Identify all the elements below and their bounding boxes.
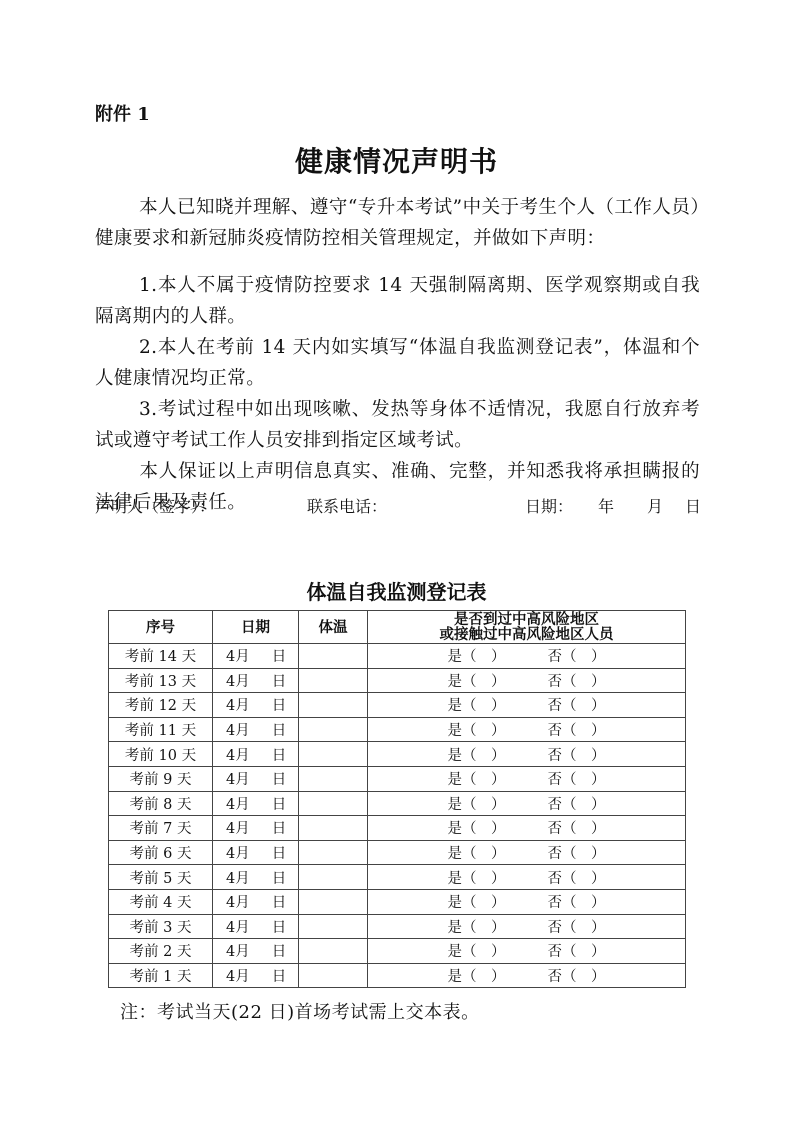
yes-option[interactable]: 是（ ） xyxy=(448,793,506,814)
no-option[interactable]: 否（ ） xyxy=(548,645,606,666)
table-row: 考前 12 天4月日是（ ）否（ ） xyxy=(109,693,686,718)
table-row: 考前 3 天4月日是（ ）否（ ） xyxy=(109,914,686,939)
date-cell[interactable]: 4月日 xyxy=(213,816,299,841)
intro-paragraph: 本人已知晓并理解、遵守“专升本考试”中关于考生个人（工作人员）健康要求和新冠肺炎… xyxy=(95,192,700,254)
table-row: 考前 9 天4月日是（ ）否（ ） xyxy=(109,766,686,791)
seq-cell: 考前 12 天 xyxy=(109,693,213,718)
date-cell[interactable]: 4月日 xyxy=(213,963,299,988)
day-text: 日 xyxy=(272,670,287,691)
month-text: 4月 xyxy=(226,723,250,739)
month-label: 月 xyxy=(647,494,663,517)
temperature-cell[interactable] xyxy=(299,865,368,890)
table-row: 考前 10 天4月日是（ ）否（ ） xyxy=(109,742,686,767)
no-option[interactable]: 否（ ） xyxy=(548,719,606,740)
paragraph-text: 2.本人在考前 14 天内如实填写“体温自我监测登记表”，体温和个人健康情况均正… xyxy=(95,337,700,389)
day-label: 日 xyxy=(685,494,701,517)
day-text: 日 xyxy=(272,891,287,912)
yes-option[interactable]: 是（ ） xyxy=(448,645,506,666)
day-text: 日 xyxy=(272,842,287,863)
month-text: 4月 xyxy=(226,674,250,690)
month-text: 4月 xyxy=(226,772,250,788)
month-text: 4月 xyxy=(226,698,250,714)
temperature-cell[interactable] xyxy=(299,963,368,988)
register-table-title: 体温自我监测登记表 xyxy=(0,576,793,605)
no-option[interactable]: 否（ ） xyxy=(548,744,606,765)
month-text: 4月 xyxy=(226,920,250,936)
risk-area-cell: 是（ ）否（ ） xyxy=(368,816,686,841)
table-row: 考前 11 天4月日是（ ）否（ ） xyxy=(109,717,686,742)
phone-label: 联系电话： xyxy=(307,494,387,517)
month-text: 4月 xyxy=(226,969,250,985)
no-option[interactable]: 否（ ） xyxy=(548,670,606,691)
risk-area-cell: 是（ ）否（ ） xyxy=(368,963,686,988)
date-cell[interactable]: 4月日 xyxy=(213,914,299,939)
paragraph-text: 1.本人不属于疫情防控要求 14 天强制隔离期、医学观察期或自我隔离期内的人群。 xyxy=(95,275,700,327)
paragraph-text: 3.考试过程中如出现咳嗽、发热等身体不适情况，我愿自行放弃考试或遵守考试工作人员… xyxy=(95,399,700,451)
table-row: 考前 8 天4月日是（ ）否（ ） xyxy=(109,791,686,816)
declaration-item-2: 2.本人在考前 14 天内如实填写“体温自我监测登记表”，体温和个人健康情况均正… xyxy=(95,332,700,394)
declaration-item-1: 1.本人不属于疫情防控要求 14 天强制隔离期、医学观察期或自我隔离期内的人群。 xyxy=(95,270,700,332)
table-note: 注：考试当天(22 日)首场考试需上交本表。 xyxy=(120,998,480,1024)
table-row: 考前 6 天4月日是（ ）否（ ） xyxy=(109,840,686,865)
date-cell[interactable]: 4月日 xyxy=(213,668,299,693)
day-text: 日 xyxy=(272,867,287,888)
yes-option[interactable]: 是（ ） xyxy=(448,891,506,912)
table-row: 考前 4 天4月日是（ ）否（ ） xyxy=(109,889,686,914)
seq-cell: 考前 3 天 xyxy=(109,914,213,939)
seq-cell: 考前 7 天 xyxy=(109,816,213,841)
date-cell[interactable]: 4月日 xyxy=(213,766,299,791)
seq-cell: 考前 14 天 xyxy=(109,644,213,669)
day-text: 日 xyxy=(272,916,287,937)
yes-option[interactable]: 是（ ） xyxy=(448,719,506,740)
temperature-cell[interactable] xyxy=(299,889,368,914)
day-text: 日 xyxy=(272,817,287,838)
seq-cell: 考前 11 天 xyxy=(109,717,213,742)
date-cell[interactable]: 4月日 xyxy=(213,889,299,914)
date-cell[interactable]: 4月日 xyxy=(213,791,299,816)
header-risk-line2: 或接触过中高风险地区人员 xyxy=(368,627,685,642)
temperature-cell[interactable] xyxy=(299,816,368,841)
temperature-cell[interactable] xyxy=(299,644,368,669)
day-text: 日 xyxy=(272,719,287,740)
month-text: 4月 xyxy=(226,944,250,960)
risk-area-cell: 是（ ）否（ ） xyxy=(368,865,686,890)
seq-cell: 考前 6 天 xyxy=(109,840,213,865)
risk-area-cell: 是（ ）否（ ） xyxy=(368,791,686,816)
yes-option[interactable]: 是（ ） xyxy=(448,867,506,888)
date-cell[interactable]: 4月日 xyxy=(213,717,299,742)
date-cell[interactable]: 4月日 xyxy=(213,742,299,767)
temperature-cell[interactable] xyxy=(299,939,368,964)
date-cell[interactable]: 4月日 xyxy=(213,840,299,865)
yes-option[interactable]: 是（ ） xyxy=(448,965,506,986)
risk-area-cell: 是（ ）否（ ） xyxy=(368,840,686,865)
paragraph-text: 本人已知晓并理解、遵守“专升本考试”中关于考生个人（工作人员）健康要求和新冠肺炎… xyxy=(95,197,700,249)
date-cell[interactable]: 4月日 xyxy=(213,693,299,718)
table-row: 考前 1 天4月日是（ ）否（ ） xyxy=(109,963,686,988)
no-option[interactable]: 否（ ） xyxy=(548,867,606,888)
yes-option[interactable]: 是（ ） xyxy=(448,744,506,765)
risk-area-cell: 是（ ）否（ ） xyxy=(368,717,686,742)
table-row: 考前 14 天4月日是（ ）否（ ） xyxy=(109,644,686,669)
day-text: 日 xyxy=(272,768,287,789)
temperature-cell[interactable] xyxy=(299,693,368,718)
no-option[interactable]: 否（ ） xyxy=(548,793,606,814)
header-risk-area: 是否到过中高风险地区 或接触过中高风险地区人员 xyxy=(368,611,686,644)
risk-area-cell: 是（ ）否（ ） xyxy=(368,889,686,914)
header-date: 日期 xyxy=(213,611,299,644)
yes-option[interactable]: 是（ ） xyxy=(448,768,506,789)
table-row: 考前 2 天4月日是（ ）否（ ） xyxy=(109,939,686,964)
temperature-cell[interactable] xyxy=(299,742,368,767)
header-temperature: 体温 xyxy=(299,611,368,644)
risk-area-cell: 是（ ）否（ ） xyxy=(368,668,686,693)
month-text: 4月 xyxy=(226,748,250,764)
no-option[interactable]: 否（ ） xyxy=(548,694,606,715)
declarant-signature-label: 声明人（签字）： xyxy=(95,494,215,517)
table-header-row: 序号 日期 体温 是否到过中高风险地区 或接触过中高风险地区人员 xyxy=(109,611,686,644)
yes-option[interactable]: 是（ ） xyxy=(448,817,506,838)
no-option[interactable]: 否（ ） xyxy=(548,940,606,961)
risk-area-cell: 是（ ）否（ ） xyxy=(368,644,686,669)
day-text: 日 xyxy=(272,694,287,715)
month-text: 4月 xyxy=(226,871,250,887)
day-text: 日 xyxy=(272,744,287,765)
seq-cell: 考前 10 天 xyxy=(109,742,213,767)
signature-line: 声明人（签字）： 联系电话： 日期： 年 月 日 xyxy=(95,494,700,520)
no-option[interactable]: 否（ ） xyxy=(548,842,606,863)
temperature-cell[interactable] xyxy=(299,791,368,816)
yes-option[interactable]: 是（ ） xyxy=(448,940,506,961)
risk-area-cell: 是（ ）否（ ） xyxy=(368,742,686,767)
risk-area-cell: 是（ ）否（ ） xyxy=(368,766,686,791)
temperature-cell[interactable] xyxy=(299,717,368,742)
table-row: 考前 13 天4月日是（ ）否（ ） xyxy=(109,668,686,693)
seq-cell: 考前 4 天 xyxy=(109,889,213,914)
risk-area-cell: 是（ ）否（ ） xyxy=(368,939,686,964)
seq-cell: 考前 8 天 xyxy=(109,791,213,816)
header-seq: 序号 xyxy=(109,611,213,644)
day-text: 日 xyxy=(272,940,287,961)
no-option[interactable]: 否（ ） xyxy=(548,965,606,986)
seq-cell: 考前 9 天 xyxy=(109,766,213,791)
date-cell[interactable]: 4月日 xyxy=(213,644,299,669)
month-text: 4月 xyxy=(226,846,250,862)
temperature-cell[interactable] xyxy=(299,766,368,791)
day-text: 日 xyxy=(272,965,287,986)
document-title: 健康情况声明书 xyxy=(0,140,793,180)
month-text: 4月 xyxy=(226,895,250,911)
table-row: 考前 7 天4月日是（ ）否（ ） xyxy=(109,816,686,841)
seq-cell: 考前 5 天 xyxy=(109,865,213,890)
date-cell[interactable]: 4月日 xyxy=(213,865,299,890)
attachment-label: 附件 1 xyxy=(95,100,150,126)
temperature-register-table: 序号 日期 体温 是否到过中高风险地区 或接触过中高风险地区人员 考前 14 天… xyxy=(108,610,686,988)
seq-cell: 考前 1 天 xyxy=(109,963,213,988)
declaration-item-3: 3.考试过程中如出现咳嗽、发热等身体不适情况，我愿自行放弃考试或遵守考试工作人员… xyxy=(95,394,700,456)
yes-option[interactable]: 是（ ） xyxy=(448,842,506,863)
date-label: 日期： xyxy=(525,494,573,517)
risk-area-cell: 是（ ）否（ ） xyxy=(368,914,686,939)
day-text: 日 xyxy=(272,645,287,666)
header-risk-line1: 是否到过中高风险地区 xyxy=(368,612,685,627)
no-option[interactable]: 否（ ） xyxy=(548,891,606,912)
temperature-cell[interactable] xyxy=(299,914,368,939)
yes-option[interactable]: 是（ ） xyxy=(448,670,506,691)
no-option[interactable]: 否（ ） xyxy=(548,817,606,838)
seq-cell: 考前 2 天 xyxy=(109,939,213,964)
year-label: 年 xyxy=(598,494,614,517)
table-row: 考前 5 天4月日是（ ）否（ ） xyxy=(109,865,686,890)
yes-option[interactable]: 是（ ） xyxy=(448,916,506,937)
risk-area-cell: 是（ ）否（ ） xyxy=(368,693,686,718)
month-text: 4月 xyxy=(226,649,250,665)
month-text: 4月 xyxy=(226,821,250,837)
no-option[interactable]: 否（ ） xyxy=(548,768,606,789)
date-cell[interactable]: 4月日 xyxy=(213,939,299,964)
day-text: 日 xyxy=(272,793,287,814)
temperature-cell[interactable] xyxy=(299,668,368,693)
seq-cell: 考前 13 天 xyxy=(109,668,213,693)
yes-option[interactable]: 是（ ） xyxy=(448,694,506,715)
temperature-cell[interactable] xyxy=(299,840,368,865)
no-option[interactable]: 否（ ） xyxy=(548,916,606,937)
month-text: 4月 xyxy=(226,797,250,813)
